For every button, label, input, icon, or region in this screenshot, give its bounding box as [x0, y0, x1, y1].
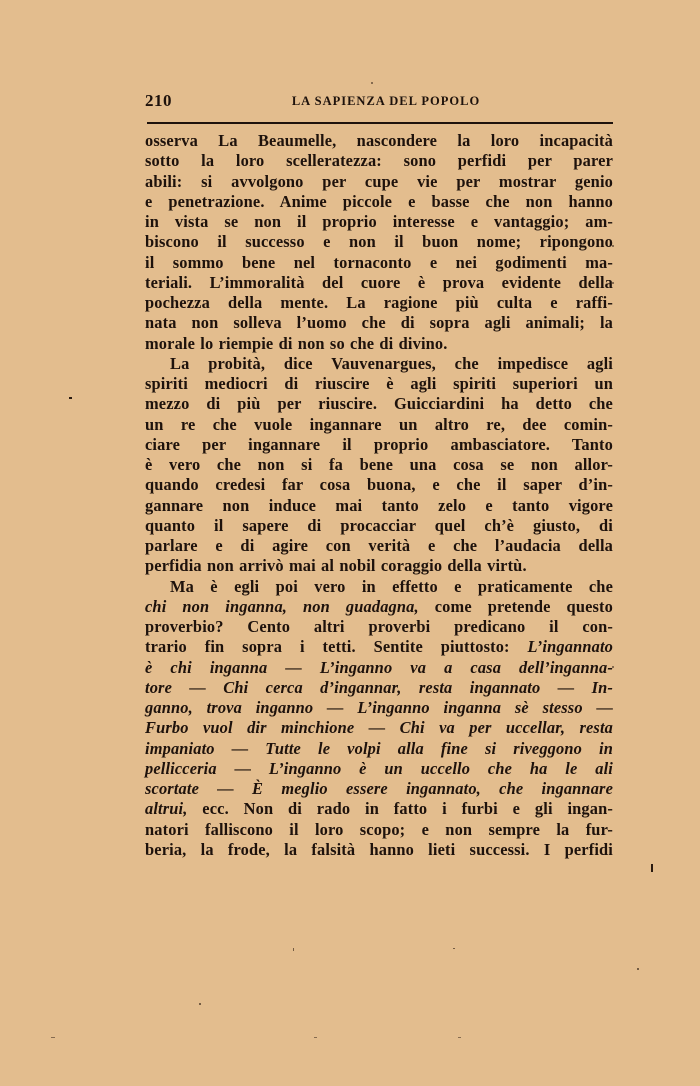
text-span: e penetrazione. Anime piccole e basse ch… [145, 192, 613, 211]
text-line: Ma è egli poi vero in effetto e praticam… [145, 577, 613, 597]
text-line: teriali. L’immoralità del cuore è prova … [145, 273, 613, 293]
text-span: morale lo riempie di non so che di divin… [145, 334, 448, 353]
text-span: natori falliscono il loro scopo; e non s… [145, 820, 613, 839]
text-line: morale lo riempie di non so che di divin… [145, 334, 613, 354]
text-line: quando credesi far cosa buona, e che il … [145, 475, 613, 495]
text-line: gannare non induce mai tanto zelo e tant… [145, 496, 613, 516]
text-span: ciare per ingannare il proprio ambasciat… [145, 435, 613, 454]
text-line: altrui, ecc. Non di rado in fatto i furb… [145, 799, 613, 819]
text-line: impaniato — Tutte le volpi alla fine si … [145, 739, 613, 759]
text-span: nata non solleva l’uomo che di sopra agl… [145, 313, 613, 332]
text-line: parlare e di agire con verità e che l’au… [145, 536, 613, 556]
running-head: 210 LA SAPIENZA DEL POPOLO [145, 88, 613, 114]
text-line: chi non inganna, non guadagna, come pret… [145, 597, 613, 617]
text-line: in vista se non il proprio interesse e v… [145, 212, 613, 232]
text-line: biscono il successo e non il buon nome; … [145, 232, 613, 252]
text-span: è vero che non si fa bene una cosa se no… [145, 455, 613, 474]
text-line: nata non solleva l’uomo che di sopra agl… [145, 313, 613, 333]
text-line: La probità, dice Vauvenargues, che imped… [145, 354, 613, 374]
text-span: un re che vuole ingannare un altro re, d… [145, 415, 613, 434]
book-page: 210 LA SAPIENZA DEL POPOLO osserva La Be… [145, 88, 613, 114]
text-line: è vero che non si fa bene una cosa se no… [145, 455, 613, 475]
text-line: perfidia non arrivò mai al nobil coraggi… [145, 556, 613, 576]
text-line: un re che vuole ingannare un altro re, d… [145, 415, 613, 435]
text-span: il sommo bene nel tornaconto e nei godim… [145, 253, 613, 272]
italic-text: Furbo vuol dir minchione — Chi va per uc… [145, 718, 613, 737]
text-line: il sommo bene nel tornaconto e nei godim… [145, 253, 613, 273]
text-span: abili: si avvolgono per cupe vie per mos… [145, 172, 613, 191]
scan-speck [69, 397, 72, 399]
text-line: è chi inganna — L’inganno va a casa dell… [145, 658, 613, 678]
scan-speck [612, 282, 614, 284]
text-line: proverbio? Cento altri proverbi predican… [145, 617, 613, 637]
text-span: pochezza della mente. La ragione più cul… [145, 293, 613, 312]
text-span: La probità, dice Vauvenargues, che imped… [170, 354, 613, 373]
text-span: Ma è egli poi vero in effetto e praticam… [170, 577, 613, 596]
scan-speck [199, 1003, 201, 1005]
italic-text: altrui, [145, 799, 188, 818]
text-line: quanto il sapere di procacciar quel ch’è… [145, 516, 613, 536]
text-line: natori falliscono il loro scopo; e non s… [145, 820, 613, 840]
text-span: gannare non induce mai tanto zelo e tant… [145, 496, 613, 515]
text-span: come pretende questo [419, 597, 613, 616]
italic-text: L’ingannato [528, 637, 613, 656]
scan-speck [453, 948, 455, 949]
text-line: osserva La Beaumelle, nascondere la loro… [145, 131, 613, 151]
header-rule [147, 122, 613, 124]
text-line: sotto la loro scelleratezza: sono perfid… [145, 151, 613, 171]
text-span: quanto il sapere di procacciar quel ch’è… [145, 516, 613, 535]
text-line: ganno, trova inganno — L’inganno inganna… [145, 698, 613, 718]
scan-speck [637, 968, 639, 970]
italic-text: chi non inganna, non guadagna, [145, 597, 419, 616]
text-span: sotto la loro scelleratezza: sono perfid… [145, 151, 613, 170]
text-line: tore — Chi cerca d’ingannar, resta ingan… [145, 678, 613, 698]
text-span: trario fin sopra i tetti. Sentite piutto… [145, 637, 528, 656]
running-title: LA SAPIENZA DEL POPOLO [145, 94, 613, 109]
italic-text: impaniato — Tutte le volpi alla fine si … [145, 739, 613, 758]
text-line: pochezza della mente. La ragione più cul… [145, 293, 613, 313]
italic-text: pellicceria — L’inganno è un uccello che… [145, 759, 613, 778]
text-line: trario fin sopra i tetti. Sentite piutto… [145, 637, 613, 657]
scan-speck [51, 1037, 55, 1038]
text-span: proverbio? Cento altri proverbi predican… [145, 617, 613, 636]
text-span: mezzo di più per riuscire. Guicciardini … [145, 394, 613, 413]
scan-speck [612, 245, 614, 247]
scan-speck [314, 1037, 317, 1038]
text-span: osserva La Beaumelle, nascondere la loro… [145, 131, 613, 150]
text-span: spiriti mediocri di riuscire è agli spir… [145, 374, 613, 393]
text-line: ciare per ingannare il proprio ambasciat… [145, 435, 613, 455]
text-line: scortate — È meglio essere ingannato, ch… [145, 779, 613, 799]
text-span: parlare e di agire con verità e che l’au… [145, 536, 613, 555]
italic-text: tore — Chi cerca d’ingannar, resta ingan… [145, 678, 613, 697]
italic-text: ganno, trova inganno — L’inganno inganna… [145, 698, 613, 717]
text-line: Furbo vuol dir minchione — Chi va per uc… [145, 718, 613, 738]
text-span: quando credesi far cosa buona, e che il … [145, 475, 613, 494]
text-span: perfidia non arrivò mai al nobil coraggi… [145, 556, 527, 575]
scan-speck [293, 948, 294, 951]
text-span: teriali. L’immoralità del cuore è prova … [145, 273, 613, 292]
italic-text: è chi inganna — L’inganno va a casa dell… [145, 658, 613, 677]
scan-speck [371, 82, 373, 84]
text-span: biscono il successo e non il buon nome; … [145, 232, 613, 251]
scan-speck [651, 864, 653, 872]
text-line: pellicceria — L’inganno è un uccello che… [145, 759, 613, 779]
text-line: abili: si avvolgono per cupe vie per mos… [145, 172, 613, 192]
text-span: ecc. Non di rado in fatto i furbi e gli … [188, 799, 614, 818]
text-span: beria, la frode, la falsità hanno lieti … [145, 840, 613, 859]
text-line: e penetrazione. Anime piccole e basse ch… [145, 192, 613, 212]
text-line: mezzo di più per riuscire. Guicciardini … [145, 394, 613, 414]
text-span: in vista se non il proprio interesse e v… [145, 212, 613, 231]
scan-speck [458, 1037, 461, 1038]
text-line: beria, la frode, la falsità hanno lieti … [145, 840, 613, 860]
italic-text: scortate — È meglio essere ingannato, ch… [145, 779, 613, 798]
text-line: spiriti mediocri di riuscire è agli spir… [145, 374, 613, 394]
body-text: osserva La Beaumelle, nascondere la loro… [145, 131, 613, 860]
scan-speck [612, 666, 614, 668]
